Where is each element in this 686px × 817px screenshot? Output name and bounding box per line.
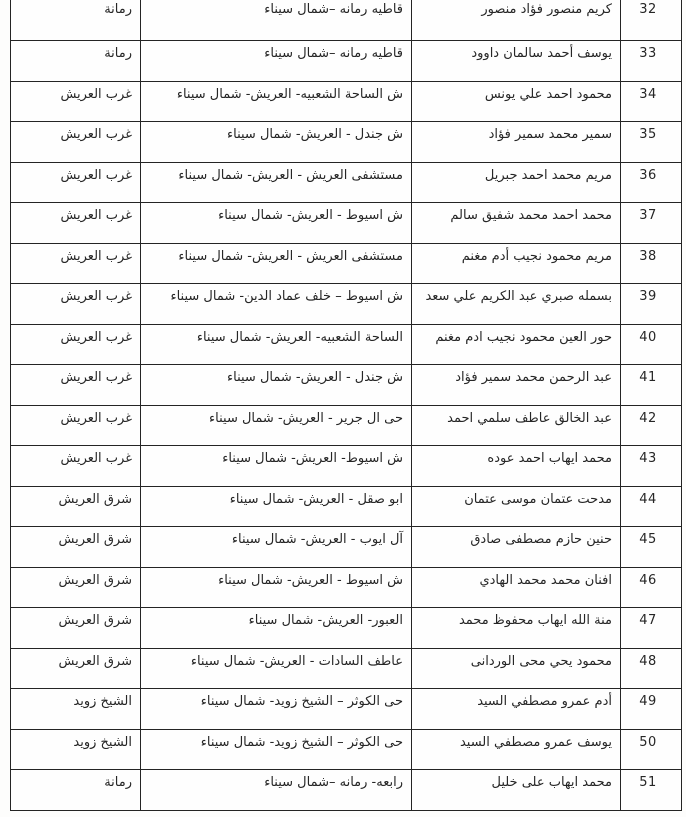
- roster-table-body: 32 كريم منصور فؤاد منصور قاطيه رمانه –شم…: [11, 0, 682, 810]
- address-cell: مستشفى العريش - العريش- شمال سيناء: [141, 162, 412, 203]
- table-row: 44 مدحت عتمان موسى عتمان ابو صقل - العري…: [11, 486, 682, 527]
- row-number-cell: 39: [621, 284, 682, 325]
- district-cell: غرب العريش: [11, 122, 141, 163]
- district-cell: الشيخ زويد: [11, 729, 141, 770]
- district-cell: شرق العريش: [11, 648, 141, 689]
- table-row: 40 حور العين محمود نجيب ادم مغنم الساحة …: [11, 324, 682, 365]
- person-name-cell: سمير محمد سمير فؤاد: [412, 122, 621, 163]
- document-page: 32 كريم منصور فؤاد منصور قاطيه رمانه –شم…: [0, 0, 686, 817]
- district-cell: غرب العريش: [11, 243, 141, 284]
- row-number-cell: 49: [621, 689, 682, 730]
- address-cell: آل ايوب - العريش- شمال سيناء: [141, 527, 412, 568]
- address-cell: ش جندل - العريش- شمال سيناء: [141, 365, 412, 406]
- table-row: 38 مريم محمود نجيب أدم مغنم مستشفى العري…: [11, 243, 682, 284]
- table-row: 32 كريم منصور فؤاد منصور قاطيه رمانه –شم…: [11, 0, 682, 41]
- district-cell: شرق العريش: [11, 567, 141, 608]
- table-row: 49 أدم عمرو مصطفي السيد حى الكوثر – الشي…: [11, 689, 682, 730]
- district-cell: شرق العريش: [11, 486, 141, 527]
- address-cell: ش اسيوط - العريش- شمال سيناء: [141, 567, 412, 608]
- person-name-cell: حنين حازم مصطفى صادق: [412, 527, 621, 568]
- row-number-cell: 37: [621, 203, 682, 244]
- table-row: 50 يوسف عمرو مصطفي السيد حى الكوثر – الش…: [11, 729, 682, 770]
- district-cell: غرب العريش: [11, 81, 141, 122]
- district-cell: شرق العريش: [11, 608, 141, 649]
- person-name-cell: حور العين محمود نجيب ادم مغنم: [412, 324, 621, 365]
- table-row: 36 مريم محمد احمد جبريل مستشفى العريش - …: [11, 162, 682, 203]
- row-number-cell: 38: [621, 243, 682, 284]
- district-cell: غرب العريش: [11, 405, 141, 446]
- table-row: 41 عبد الرحمن محمد سمير فؤاد ش جندل - ال…: [11, 365, 682, 406]
- person-name-cell: بسمله صبري عبد الكريم علي سعد: [412, 284, 621, 325]
- row-number-cell: 45: [621, 527, 682, 568]
- row-number-cell: 33: [621, 41, 682, 82]
- address-cell: عاطف السادات - العريش- شمال سيناء: [141, 648, 412, 689]
- district-cell: غرب العريش: [11, 446, 141, 487]
- address-cell: حى ال جرير - العريش- شمال سيناء: [141, 405, 412, 446]
- address-cell: ابو صقل - العريش- شمال سيناء: [141, 486, 412, 527]
- row-number-cell: 44: [621, 486, 682, 527]
- person-name-cell: مدحت عتمان موسى عتمان: [412, 486, 621, 527]
- table-row: 33 يوسف أحمد سالمان داوود قاطيه رمانه –ش…: [11, 41, 682, 82]
- district-cell: غرب العريش: [11, 365, 141, 406]
- person-name-cell: منة الله ايهاب محفوظ محمد: [412, 608, 621, 649]
- row-number-cell: 46: [621, 567, 682, 608]
- district-cell: غرب العريش: [11, 324, 141, 365]
- table-row: 42 عبد الخالق عاطف سلمي احمد حى ال جرير …: [11, 405, 682, 446]
- address-cell: ش الساحة الشعبيه- العريش- شمال سيناء: [141, 81, 412, 122]
- person-name-cell: عبد الرحمن محمد سمير فؤاد: [412, 365, 621, 406]
- address-cell: ش اسيوط - العريش- شمال سيناء: [141, 203, 412, 244]
- row-number-cell: 34: [621, 81, 682, 122]
- table-row: 37 محمد احمد محمد شفيق سالم ش اسيوط - ال…: [11, 203, 682, 244]
- table-row: 39 بسمله صبري عبد الكريم علي سعد ش اسيوط…: [11, 284, 682, 325]
- row-number-cell: 50: [621, 729, 682, 770]
- roster-table: 32 كريم منصور فؤاد منصور قاطيه رمانه –شم…: [10, 0, 682, 811]
- district-cell: شرق العريش: [11, 527, 141, 568]
- district-cell: غرب العريش: [11, 162, 141, 203]
- address-cell: قاطيه رمانه –شمال سيناء: [141, 41, 412, 82]
- person-name-cell: مريم محمد احمد جبريل: [412, 162, 621, 203]
- row-number-cell: 40: [621, 324, 682, 365]
- person-name-cell: محمد ايهاب احمد عوده: [412, 446, 621, 487]
- table-row: 35 سمير محمد سمير فؤاد ش جندل - العريش- …: [11, 122, 682, 163]
- person-name-cell: محمود احمد علي يونس: [412, 81, 621, 122]
- person-name-cell: محمد احمد محمد شفيق سالم: [412, 203, 621, 244]
- row-number-cell: 47: [621, 608, 682, 649]
- table-row: 51 محمد ايهاب على خليل رابعه- رمانه –شما…: [11, 770, 682, 811]
- person-name-cell: محمود يحي محى الوردانى: [412, 648, 621, 689]
- row-number-cell: 36: [621, 162, 682, 203]
- person-name-cell: افنان محمد محمد الهادي: [412, 567, 621, 608]
- address-cell: ش اسيوط – خلف عماد الدين- شمال سيناء: [141, 284, 412, 325]
- address-cell: الساحة الشعبيه- العريش- شمال سيناء: [141, 324, 412, 365]
- address-cell: ش اسيوط- العريش- شمال سيناء: [141, 446, 412, 487]
- row-number-cell: 48: [621, 648, 682, 689]
- district-cell: رمانة: [11, 41, 141, 82]
- row-number-cell: 51: [621, 770, 682, 811]
- person-name-cell: محمد ايهاب على خليل: [412, 770, 621, 811]
- address-cell: حى الكوثر – الشيخ زويد- شمال سيناء: [141, 689, 412, 730]
- district-cell: رمانة: [11, 770, 141, 811]
- table-row: 47 منة الله ايهاب محفوظ محمد العبور- الع…: [11, 608, 682, 649]
- district-cell: غرب العريش: [11, 284, 141, 325]
- address-cell: ش جندل - العريش- شمال سيناء: [141, 122, 412, 163]
- table-row: 34 محمود احمد علي يونس ش الساحة الشعبيه-…: [11, 81, 682, 122]
- address-cell: رابعه- رمانه –شمال سيناء: [141, 770, 412, 811]
- person-name-cell: أدم عمرو مصطفي السيد: [412, 689, 621, 730]
- person-name-cell: يوسف أحمد سالمان داوود: [412, 41, 621, 82]
- row-number-cell: 32: [621, 0, 682, 41]
- person-name-cell: مريم محمود نجيب أدم مغنم: [412, 243, 621, 284]
- district-cell: رمانة: [11, 0, 141, 41]
- row-number-cell: 42: [621, 405, 682, 446]
- row-number-cell: 41: [621, 365, 682, 406]
- person-name-cell: عبد الخالق عاطف سلمي احمد: [412, 405, 621, 446]
- row-number-cell: 35: [621, 122, 682, 163]
- person-name-cell: يوسف عمرو مصطفي السيد: [412, 729, 621, 770]
- district-cell: غرب العريش: [11, 203, 141, 244]
- person-name-cell: كريم منصور فؤاد منصور: [412, 0, 621, 41]
- table-row: 45 حنين حازم مصطفى صادق آل ايوب - العريش…: [11, 527, 682, 568]
- table-row: 48 محمود يحي محى الوردانى عاطف السادات -…: [11, 648, 682, 689]
- address-cell: حى الكوثر – الشيخ زويد- شمال سيناء: [141, 729, 412, 770]
- row-number-cell: 43: [621, 446, 682, 487]
- district-cell: الشيخ زويد: [11, 689, 141, 730]
- address-cell: مستشفى العريش - العريش- شمال سيناء: [141, 243, 412, 284]
- address-cell: قاطيه رمانه –شمال سيناء: [141, 0, 412, 41]
- table-row: 43 محمد ايهاب احمد عوده ش اسيوط- العريش-…: [11, 446, 682, 487]
- address-cell: العبور- العريش- شمال سيناء: [141, 608, 412, 649]
- table-row: 46 افنان محمد محمد الهادي ش اسيوط - العر…: [11, 567, 682, 608]
